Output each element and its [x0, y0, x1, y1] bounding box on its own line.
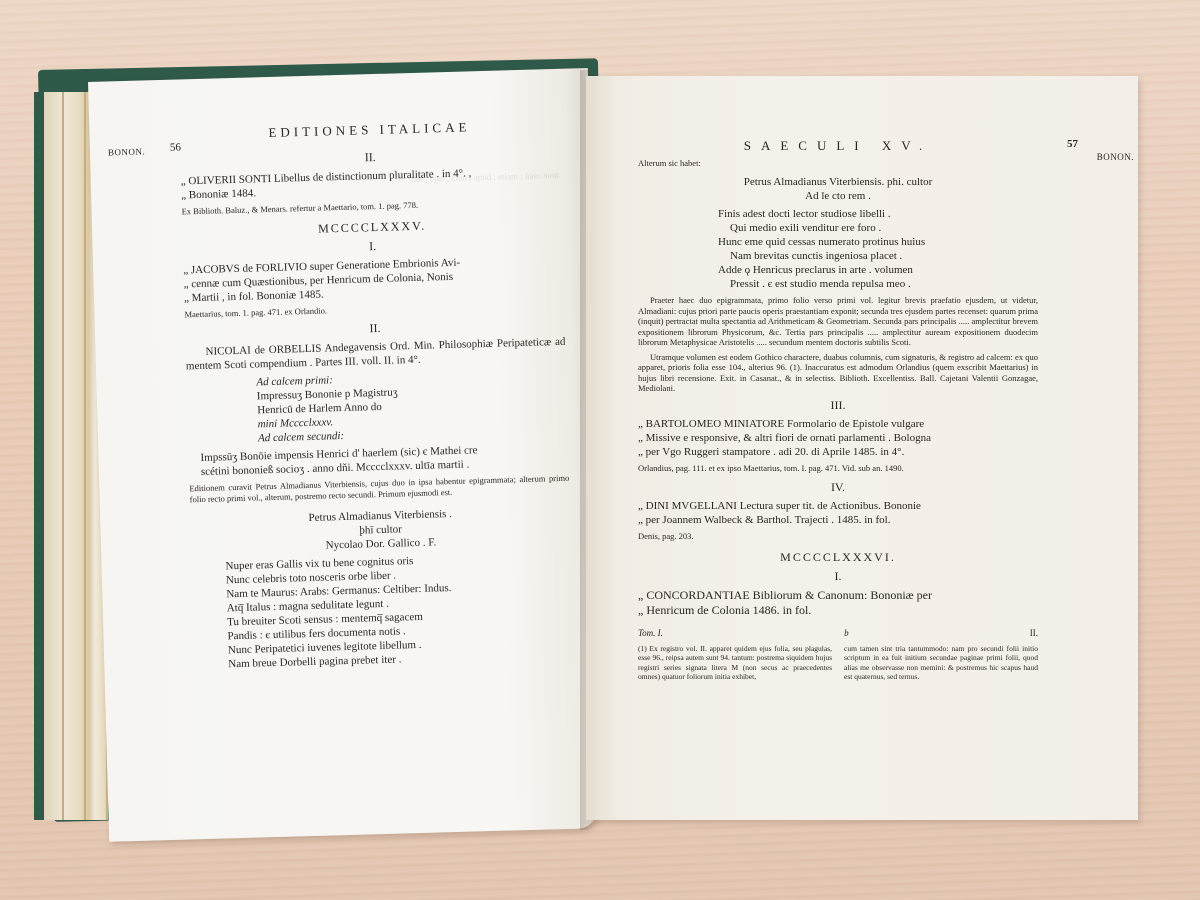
poem-heading-line: Ad le cto rem .: [638, 189, 1038, 203]
entry-line: „ Henricum de Colonia 1486. in fol.: [638, 603, 1038, 618]
entry-number: III.: [638, 398, 1038, 413]
poem-line: Qui medio exili venditur ere foro .: [718, 221, 1038, 235]
poem-line: Pressit . є est studio menda repulsa meo…: [718, 277, 1038, 291]
page-edge-fold: [84, 92, 86, 820]
commentary-paragraph: Praeter haec duo epigrammata, primo foli…: [638, 295, 1038, 348]
poem-heading: Petrus Almadianus Viterbiensis. phi. cul…: [638, 175, 1038, 203]
right-page: SAECULI XV. 57 BONON. Alterum sic habet:…: [586, 76, 1138, 820]
poem-heading-line: Petrus Almadianus Viterbiensis. phi. cul…: [638, 175, 1038, 189]
entry-line: „ CONCORDANTIAE Bibliorum & Canonum: Bon…: [638, 588, 1038, 603]
commentary-paragraph: Utramque volumen est eodem Gothico chara…: [638, 352, 1038, 394]
running-head-title: SAECULI XV.: [638, 138, 1038, 154]
entry-note: Denis, pag. 203.: [638, 531, 1038, 542]
poem-line: Adde ǫ Henricus preclarus in arte . volu…: [718, 263, 1038, 277]
poem-line: Finis adest docti lector studiose libell…: [718, 207, 1038, 221]
catchword: II.: [1030, 628, 1038, 638]
entry-line: „ BARTOLOMEO MINIATORE Formolario de Epi…: [638, 417, 1038, 431]
margin-note: BONON.: [1097, 152, 1134, 162]
entry-line: „ per Joannem Walbeck & Barthol. Traject…: [638, 513, 1038, 527]
footnote-column: (1) Ex registro vol. II. apparet quidem …: [638, 644, 832, 682]
signature-line: Tom. I. b II.: [638, 628, 1038, 638]
year-heading: MCCCCLXXXVI.: [638, 550, 1038, 565]
entry-note: Orlandius, pag. 111. et ex ipso Maettari…: [638, 463, 1038, 474]
entry-line: „ DINI MVGELLANI Lectura super tit. de A…: [638, 499, 1038, 513]
right-page-content: SAECULI XV. 57 BONON. Alterum sic habet:…: [638, 138, 1038, 682]
epigram-poem: Nuper eras Gallis vix tu bene cognitus o…: [225, 550, 574, 672]
running-head-title: EDITIONES ITALICAE: [179, 117, 559, 144]
right-running-head: SAECULI XV. 57 BONON.: [638, 138, 1038, 162]
left-page: fuit , ejus ; cum , apud , etiam ; haec …: [88, 68, 609, 842]
entry-line: „ per Vgo Ruggeri stampatore . adi 20. d…: [638, 445, 1038, 459]
page-number: 57: [1067, 138, 1078, 150]
signature-mark: b: [844, 628, 849, 638]
footnote-column: cum tamen sint tria tantummodo: nam pro …: [844, 644, 1038, 682]
entry-number: I.: [638, 569, 1038, 584]
bibliographic-entry: „ CONCORDANTIAE Bibliorum & Canonum: Bon…: [638, 588, 1038, 618]
poem-heading: Petrus Almadianus Viterbiensis . þhī cul…: [190, 504, 571, 557]
poem-line: Hunc eme quid cessas numerato protinus h…: [718, 235, 1038, 249]
poem-line: Nam brevitas cunctis ingeniosa placet .: [718, 249, 1038, 263]
entry-line: „ Missive e responsive, & altri fiori de…: [638, 431, 1038, 445]
bibliographic-entry: „ DINI MVGELLANI Lectura super tit. de A…: [638, 499, 1038, 527]
bibliographic-entry: „ BARTOLOMEO MINIATORE Formolario de Epi…: [638, 417, 1038, 459]
margin-note: BONON.: [108, 146, 146, 157]
left-page-content: BONON. 56 EDITIONES ITALICAE II. „ OLIVE…: [179, 117, 574, 676]
epigram-poem: Finis adest docti lector studiose libell…: [718, 207, 1038, 291]
page-edge-fold: [62, 92, 64, 820]
colophon-primi: Ad calcem primi: Impressuʒ Bononie p Mag…: [256, 367, 568, 446]
bibliographic-entry: „ JACOBVS de FORLIVIO super Generatione …: [183, 253, 564, 306]
entry-number: IV.: [638, 480, 1038, 495]
page-number: 56: [170, 141, 181, 153]
volume-mark: Tom. I.: [638, 628, 663, 638]
footnotes: (1) Ex registro vol. II. apparet quidem …: [638, 644, 1038, 682]
